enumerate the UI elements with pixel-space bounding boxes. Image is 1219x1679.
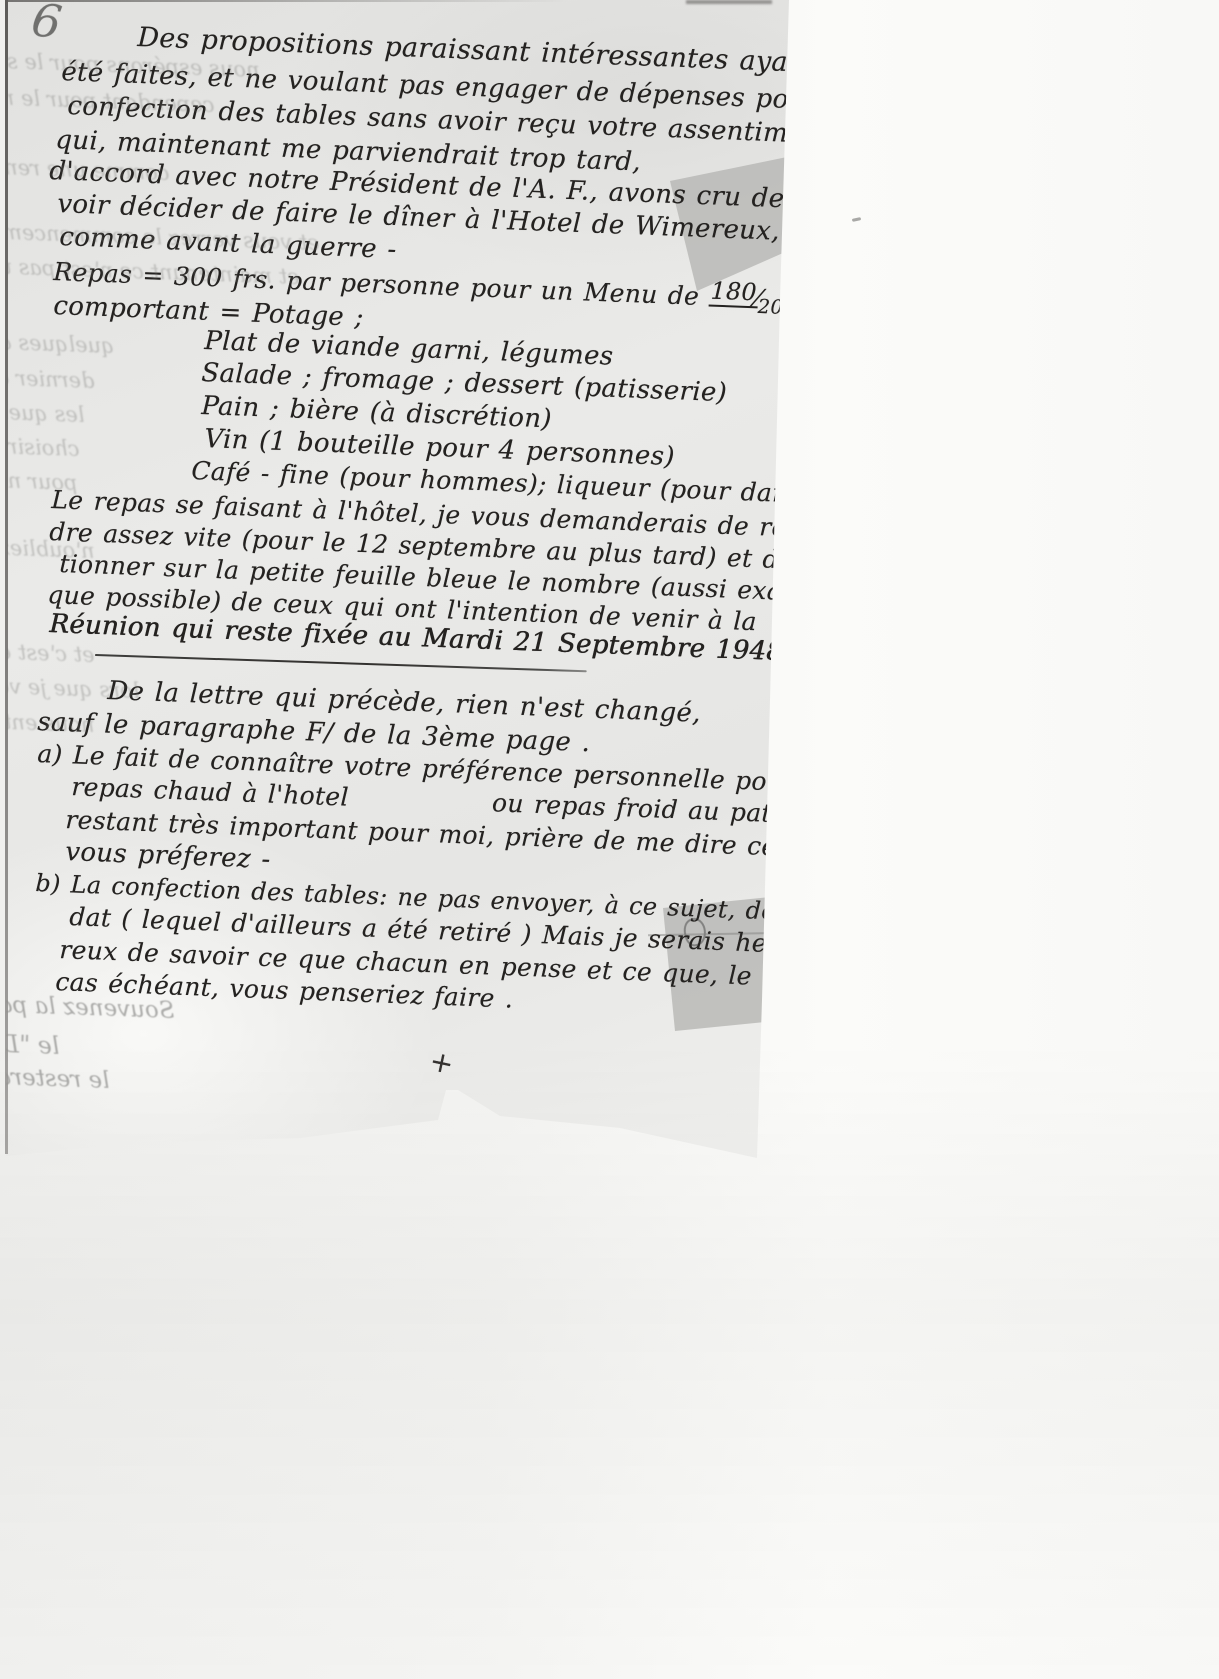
handwriting-line: vous préferez - [65, 837, 271, 875]
bleedthrough-line: lors que je vous prie de venir [0, 668, 140, 703]
paper-left-edge-shadow [5, 0, 8, 1154]
paper-top-edge-shadow [8, 0, 568, 2]
scanned-letter-page: 6 + Des propositions paraissant intéress… [0, 0, 1219, 1679]
paper-top-corner-smudge [686, 0, 772, 4]
paper-sheet: 6 + Des propositions paraissant intéress… [0, 0, 800, 1175]
page-number: 6 [28, 0, 65, 50]
background-speck [852, 217, 861, 222]
bleedthrough-line: le restera nous changement . [0, 1056, 110, 1094]
bleedthrough-line: le "Dernier Communiqué" qui paraissons [0, 1015, 60, 1060]
pencil-plus-mark: + [427, 1044, 457, 1081]
covers-fraction: 180⁄200 [709, 282, 797, 316]
